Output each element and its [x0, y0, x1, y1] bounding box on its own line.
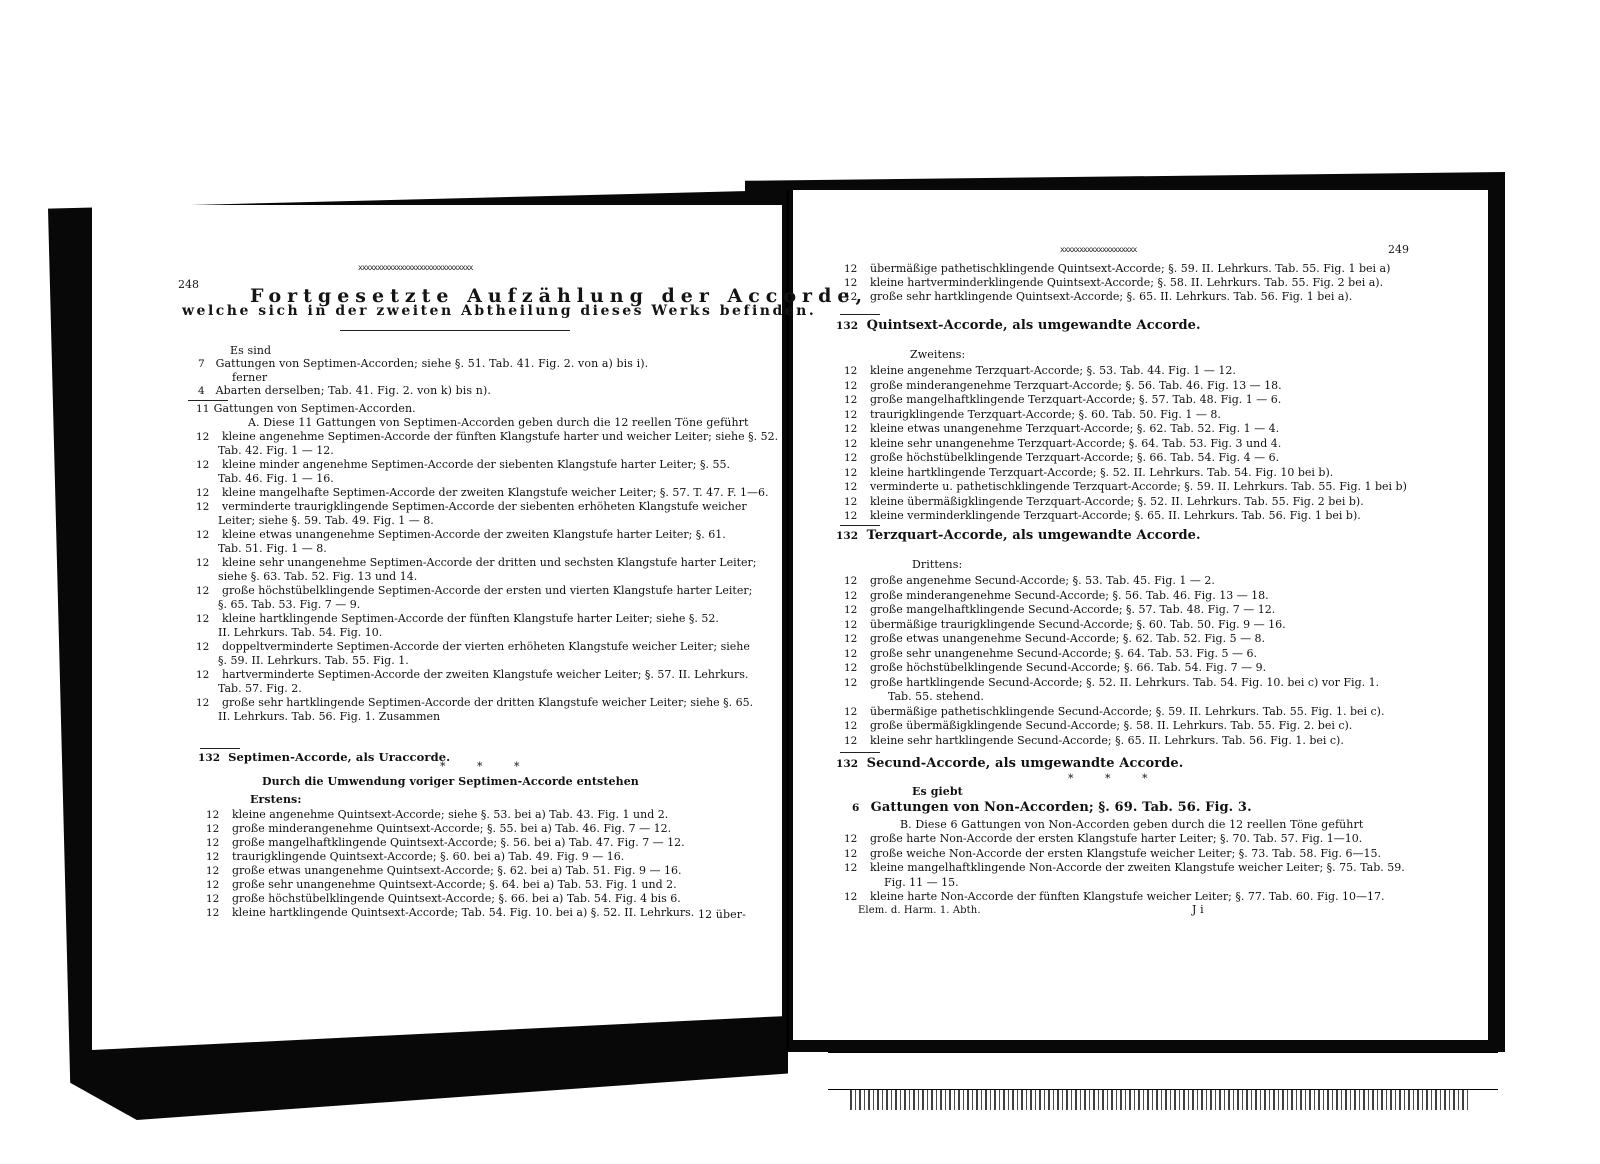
- count: 132: [836, 530, 862, 542]
- group-text: Gattungen von Septimen-Accorden.: [214, 402, 416, 415]
- entry-text: große sehr hartklingende Quintsext-Accor…: [870, 290, 1352, 303]
- list-item: 12kleine sehr hartklingende Secund-Accor…: [844, 734, 1344, 747]
- list-item-cont: II. Lehrkurs. Tab. 54. Fig. 10.: [196, 626, 382, 639]
- list-item: 12kleine mangelhafte Septimen-Accorde de…: [196, 486, 769, 499]
- entry-text: kleine sehr unangenehme Terzquart-Accord…: [870, 437, 1281, 450]
- count: 12: [196, 529, 222, 541]
- entry-text: kleine harte Non-Accorde der fünften Kla…: [870, 890, 1385, 903]
- list-item: 12große weiche Non-Accorde der ersten Kl…: [844, 847, 1381, 860]
- count: 12: [844, 291, 870, 303]
- count: 12: [206, 837, 232, 849]
- group-text: Abarten derselben; Tab. 41. Fig. 2. von …: [216, 384, 491, 397]
- list-item: 12kleine hartverminderklingende Quintsex…: [844, 276, 1383, 289]
- list-item: 12übermäßige traurigklingende Secund-Acc…: [844, 618, 1286, 631]
- count: 12: [844, 380, 870, 392]
- total-text: Secund-Accorde, als umgewandte Accorde.: [867, 756, 1184, 771]
- list-item-cont: Tab. 55. stehend.: [888, 690, 984, 703]
- entry-text: große mangelhaftklingende Secund-Accorde…: [870, 603, 1275, 616]
- ferner-text: ferner: [232, 371, 267, 384]
- list-item: 12kleine harte Non-Accorde der fünften K…: [844, 890, 1385, 903]
- count: 12: [196, 557, 222, 569]
- list-item: 12große höchstübelklingende Terzquart-Ac…: [844, 451, 1279, 464]
- sum-rule: [840, 752, 880, 753]
- count: 12: [844, 633, 870, 645]
- entry-text: große etwas unangenehme Quintsext-Accord…: [232, 864, 681, 877]
- list-item: 12kleine übermäßigklingende Terzquart-Ac…: [844, 495, 1364, 508]
- list-item: 12kleine hartklingende Quintsext-Accorde…: [206, 906, 694, 919]
- list-item: 12große mangelhaftklingende Terzquart-Ac…: [844, 393, 1281, 406]
- count: 12: [206, 865, 232, 877]
- entry-text: kleine mangelhaftklingende Non-Accorde d…: [870, 861, 1405, 874]
- count: 132: [836, 758, 862, 770]
- count: 12: [844, 438, 870, 450]
- entry-text: kleine sehr unangenehme Septimen-Accorde…: [222, 556, 757, 569]
- count: 12: [196, 613, 222, 625]
- sum-rule: [840, 314, 880, 315]
- list-item: 12große höchstübelklingende Septimen-Acc…: [196, 584, 752, 597]
- count: 12: [844, 735, 870, 747]
- page-number: 249: [1388, 243, 1409, 256]
- entry-text: große hartklingende Secund-Accorde; §. 5…: [870, 676, 1379, 689]
- non-group: 6 Gattungen von Non-Accorden; §. 69. Tab…: [852, 800, 1252, 815]
- count: 12: [844, 677, 870, 689]
- entry-cont: siehe §. 63. Tab. 52. Fig. 13 und 14.: [218, 570, 417, 583]
- header-ornament: xxxxxxxxxxxxxxxxxxxxxxxxxxxxxx: [358, 263, 473, 272]
- count: 12: [206, 851, 232, 863]
- count: 12: [844, 848, 870, 860]
- count: 12: [196, 487, 222, 499]
- list-item: 12übermäßige pathetischklingende Secund-…: [844, 705, 1384, 718]
- list-item: 12kleine verminderklingende Terzquart-Ac…: [844, 509, 1361, 522]
- section-b-heading: B. Diese 6 Gattungen von Non-Accorden ge…: [900, 818, 1363, 831]
- count: 12: [844, 720, 870, 732]
- es-giebt-text: Es giebt: [912, 785, 963, 798]
- drittens-heading: Drittens:: [912, 558, 962, 571]
- list-item: 12traurigklingende Quintsext-Accorde; §.…: [206, 850, 624, 863]
- entry-text: große harte Non-Accorde der ersten Klang…: [870, 832, 1362, 845]
- list-item-cont: Fig. 11 — 15.: [884, 876, 959, 889]
- count: 12: [844, 662, 870, 674]
- count: 12: [206, 809, 232, 821]
- entry-text: kleine verminderklingende Terzquart-Acco…: [870, 509, 1361, 522]
- count: 132: [198, 752, 224, 764]
- count: 12: [206, 907, 232, 919]
- count: 132: [836, 320, 862, 332]
- list-item: 12große etwas unangenehme Quintsext-Acco…: [206, 864, 681, 877]
- entry-cont: §. 65. Tab. 53. Fig. 7 — 9.: [218, 598, 360, 611]
- entry-text: kleine hartklingende Septimen-Accorde de…: [222, 612, 719, 625]
- list-item: 12kleine angenehme Quintsext-Accorde; si…: [206, 808, 668, 821]
- septimen-total: 132 Septimen-Accorde, als Uraccorde.: [198, 750, 450, 764]
- spine-gutter: [786, 190, 789, 1050]
- list-item-cont: Tab. 57. Fig. 2.: [196, 682, 302, 695]
- count: 12: [196, 641, 222, 653]
- entry-text: kleine hartklingende Terzquart-Accorde; …: [870, 466, 1333, 479]
- entry-text: doppeltverminderte Septimen-Accorde der …: [222, 640, 750, 653]
- count: 12: [844, 891, 870, 903]
- entry-text: traurigklingende Terzquart-Accorde; §. 6…: [870, 408, 1221, 421]
- group-text: Gattungen von Septimen-Accorden; siehe §…: [216, 357, 649, 370]
- entry-text: kleine mangelhafte Septimen-Accorde der …: [222, 486, 769, 499]
- catchword: 12 über-: [698, 908, 746, 921]
- count: 12: [844, 510, 870, 522]
- entry-text: große sehr unangenehme Quintsext-Accorde…: [232, 878, 677, 891]
- list-item: 12kleine etwas unangenehme Septimen-Acco…: [196, 528, 726, 541]
- section-stars: * * *: [1068, 772, 1162, 785]
- list-item: 12große höchstübelklingende Secund-Accor…: [844, 661, 1266, 674]
- count: 12: [844, 409, 870, 421]
- count: 12: [196, 431, 222, 443]
- count: 12: [206, 823, 232, 835]
- list-item: 12große sehr unangenehme Quintsext-Accor…: [206, 878, 677, 891]
- list-item-cont: siehe §. 63. Tab. 52. Fig. 13 und 14.: [196, 570, 417, 583]
- list-item: 12große sehr hartklingende Quintsext-Acc…: [844, 290, 1352, 303]
- secund-total: 132 Secund-Accorde, als umgewandte Accor…: [836, 756, 1183, 771]
- entry-text: kleine hartklingende Quintsext-Accorde; …: [232, 906, 694, 919]
- header-ornament: xxxxxxxxxxxxxxxxxxxx: [1060, 245, 1136, 254]
- entry-text: große mangelhaftklingende Quintsext-Acco…: [232, 836, 685, 849]
- total-text: Quintsext-Accorde, als umgewandte Accord…: [867, 318, 1201, 333]
- page-number: 248: [178, 278, 199, 291]
- entry-text: verminderte traurigklingende Septimen-Ac…: [222, 500, 747, 513]
- section-a-heading: A. Diese 11 Gattungen von Septimen-Accor…: [248, 416, 749, 429]
- list-item-cont: §. 65. Tab. 53. Fig. 7 — 9.: [196, 598, 360, 611]
- entry-cont: Tab. 57. Fig. 2.: [218, 682, 302, 695]
- list-item: 12große sehr hartklingende Septimen-Acco…: [196, 696, 753, 709]
- list-item-cont: II. Lehrkurs. Tab. 56. Fig. 1. Zusammen: [196, 710, 440, 723]
- entry-text: große übermäßigklingende Secund-Accorde;…: [870, 719, 1352, 732]
- list-item: 12große mangelhaftklingende Quintsext-Ac…: [206, 836, 685, 849]
- count: 12: [844, 590, 870, 602]
- entry-cont: II. Lehrkurs. Tab. 54. Fig. 10.: [218, 626, 382, 639]
- entry-text: große angenehme Secund-Accorde; §. 53. T…: [870, 574, 1215, 587]
- list-item: 12hartverminderte Septimen-Accorde der z…: [196, 668, 748, 681]
- count: 12: [844, 394, 870, 406]
- count: 12: [844, 423, 870, 435]
- count: 12: [844, 862, 870, 874]
- group-total: 11 Gattungen von Septimen-Accorden.: [196, 402, 416, 415]
- list-item: 12traurigklingende Terzquart-Accorde; §.…: [844, 408, 1221, 421]
- entry-text: kleine etwas unangenehme Terzquart-Accor…: [870, 422, 1279, 435]
- entry-text: große höchstübelklingende Quintsext-Acco…: [232, 892, 681, 905]
- footer-mark: J i: [1192, 903, 1204, 916]
- entry-cont: §. 59. II. Lehrkurs. Tab. 55. Fig. 1.: [218, 654, 409, 667]
- count: 12: [196, 585, 222, 597]
- quintsext-total: 132 Quintsext-Accorde, als umgewandte Ac…: [836, 318, 1201, 333]
- list-item: 12kleine hartklingende Terzquart-Accorde…: [844, 466, 1333, 479]
- count: 7: [198, 358, 212, 370]
- entry-text: große höchstübelklingende Terzquart-Acco…: [870, 451, 1279, 464]
- entry-text: große sehr hartklingende Septimen-Accord…: [222, 696, 753, 709]
- entry-text: kleine angenehme Septimen-Accorde der fü…: [222, 430, 778, 443]
- list-item: 12übermäßige pathetischklingende Quintse…: [844, 262, 1390, 275]
- count: 12: [196, 669, 222, 681]
- count: 12: [844, 833, 870, 845]
- list-item: 12große minderangenehme Quintsext-Accord…: [206, 822, 671, 835]
- list-item: 12kleine angenehme Terzquart-Accorde; §.…: [844, 364, 1236, 377]
- count: 6: [852, 802, 866, 814]
- count: 12: [844, 604, 870, 616]
- sum-rule: [840, 525, 880, 526]
- list-item: 12große hartklingende Secund-Accorde; §.…: [844, 676, 1379, 689]
- count: 12: [844, 496, 870, 508]
- entry-text: große höchstübelklingende Septimen-Accor…: [222, 584, 752, 597]
- group-line: 7 Gattungen von Septimen-Accorden; siehe…: [198, 357, 648, 370]
- entry-text: kleine angenehme Quintsext-Accorde; sieh…: [232, 808, 668, 821]
- count: 11: [196, 403, 210, 415]
- count: 4: [198, 385, 212, 397]
- list-item: 12kleine angenehme Septimen-Accorde der …: [196, 430, 778, 443]
- entry-text: verminderte u. pathetischklingende Terzq…: [870, 480, 1407, 493]
- entry-cont: Tab. 55. stehend.: [888, 690, 984, 703]
- footer-signature: Elem. d. Harm. 1. Abth.: [858, 905, 981, 916]
- entry-cont: Fig. 11 — 15.: [884, 876, 959, 889]
- count: 12: [844, 648, 870, 660]
- section-stars: * * *: [440, 760, 534, 773]
- count: 12: [196, 697, 222, 709]
- entry-cont: Tab. 46. Fig. 1 — 16.: [218, 472, 334, 485]
- entry-text: kleine sehr hartklingende Secund-Accorde…: [870, 734, 1344, 747]
- entry-text: traurigklingende Quintsext-Accorde; §. 6…: [232, 850, 624, 863]
- list-item: 12kleine mangelhaftklingende Non-Accorde…: [844, 861, 1405, 874]
- list-item: 12große harte Non-Accorde der ersten Kla…: [844, 832, 1362, 845]
- list-item: 12verminderte traurigklingende Septimen-…: [196, 500, 747, 513]
- entry-text: große höchstübelklingende Secund-Accorde…: [870, 661, 1266, 674]
- total-text: Septimen-Accorde, als Uraccorde.: [228, 750, 450, 764]
- count: 12: [844, 452, 870, 464]
- list-item: 12große höchstübelklingende Quintsext-Ac…: [206, 892, 681, 905]
- list-item-cont: Leiter; siehe §. 59. Tab. 49. Fig. 1 — 8…: [196, 514, 434, 527]
- entry-text: kleine angenehme Terzquart-Accorde; §. 5…: [870, 364, 1236, 377]
- count: 12: [196, 459, 222, 471]
- entry-text: große weiche Non-Accorde der ersten Klan…: [870, 847, 1381, 860]
- sum-rule: [188, 400, 228, 401]
- intro-text: Es sind: [230, 344, 271, 357]
- sum-rule: [200, 748, 240, 749]
- entry-text: große mangelhaftklingende Terzquart-Acco…: [870, 393, 1281, 406]
- total-text: Terzquart-Accorde, als umgewandte Accord…: [867, 528, 1201, 543]
- entry-cont: Tab. 42. Fig. 1 — 12.: [218, 444, 334, 457]
- count: 12: [844, 481, 870, 493]
- entry-text: hartverminderte Septimen-Accorde der zwe…: [222, 668, 748, 681]
- entry-text: übermäßige pathetischklingende Quintsext…: [870, 262, 1390, 275]
- list-item-cont: Tab. 51. Fig. 1 — 8.: [196, 542, 327, 555]
- entry-cont: Tab. 51. Fig. 1 — 8.: [218, 542, 327, 555]
- entry-text: übermäßige traurigklingende Secund-Accor…: [870, 618, 1286, 631]
- entry-text: große sehr unangenehme Secund-Accorde; §…: [870, 647, 1257, 660]
- entry-cont: II. Lehrkurs. Tab. 56. Fig. 1. Zusammen: [218, 710, 440, 723]
- group-line: 4 Abarten derselben; Tab. 41. Fig. 2. vo…: [198, 384, 491, 397]
- count: 12: [844, 277, 870, 289]
- list-item-cont: Tab. 42. Fig. 1 — 12.: [196, 444, 334, 457]
- entry-text: kleine übermäßigklingende Terzquart-Acco…: [870, 495, 1364, 508]
- entry-text: große minderangenehme Secund-Accorde; §.…: [870, 589, 1269, 602]
- entry-text: kleine minder angenehme Septimen-Accorde…: [222, 458, 730, 471]
- list-item: 12kleine etwas unangenehme Terzquart-Acc…: [844, 422, 1279, 435]
- terzquart-total: 132 Terzquart-Accorde, als umgewandte Ac…: [836, 528, 1201, 543]
- list-item: 12große etwas unangenehme Secund-Accorde…: [844, 632, 1265, 645]
- list-item: 12große minderangenehme Secund-Accorde; …: [844, 589, 1269, 602]
- list-item: 12doppeltverminderte Septimen-Accorde de…: [196, 640, 750, 653]
- count: 12: [844, 263, 870, 275]
- page-subtitle: welche sich in der zweiten Abtheilung di…: [182, 303, 816, 319]
- list-item-cont: Tab. 46. Fig. 1 — 16.: [196, 472, 334, 485]
- list-item: 12verminderte u. pathetischklingende Ter…: [844, 480, 1407, 493]
- count: 12: [844, 467, 870, 479]
- list-item: 12kleine minder angenehme Septimen-Accor…: [196, 458, 730, 471]
- subtitle-underline: [340, 330, 570, 331]
- entry-text: große minderangenehme Terzquart-Accorde;…: [870, 379, 1282, 392]
- list-item: 12große angenehme Secund-Accorde; §. 53.…: [844, 574, 1215, 587]
- group-text: Gattungen von Non-Accorden; §. 69. Tab. …: [871, 800, 1252, 815]
- durch-heading: Durch die Umwendung voriger Septimen-Acc…: [262, 775, 639, 788]
- entry-text: übermäßige pathetischklingende Secund-Ac…: [870, 705, 1384, 718]
- entry-text: große etwas unangenehme Secund-Accorde; …: [870, 632, 1265, 645]
- list-item: 12kleine sehr unangenehme Septimen-Accor…: [196, 556, 757, 569]
- count: 12: [206, 879, 232, 891]
- count: 12: [206, 893, 232, 905]
- count: 12: [844, 619, 870, 631]
- right-page-under-edge: [828, 1052, 1498, 1090]
- list-item: 12große sehr unangenehme Secund-Accorde;…: [844, 647, 1257, 660]
- count: 12: [196, 501, 222, 513]
- list-item: 12große minderangenehme Terzquart-Accord…: [844, 379, 1282, 392]
- entry-cont: Leiter; siehe §. 59. Tab. 49. Fig. 1 — 8…: [218, 514, 434, 527]
- erstens-heading: Erstens:: [250, 793, 302, 806]
- list-item: 12große mangelhaftklingende Secund-Accor…: [844, 603, 1275, 616]
- list-item-cont: §. 59. II. Lehrkurs. Tab. 55. Fig. 1.: [196, 654, 409, 667]
- count: 12: [844, 706, 870, 718]
- zweitens-heading: Zweitens:: [910, 348, 965, 361]
- entry-text: große minderangenehme Quintsext-Accorde;…: [232, 822, 671, 835]
- list-item: 12große übermäßigklingende Secund-Accord…: [844, 719, 1352, 732]
- list-item: 12kleine sehr unangenehme Terzquart-Acco…: [844, 437, 1281, 450]
- count: 12: [844, 365, 870, 377]
- count: 12: [844, 575, 870, 587]
- list-item: 12kleine hartklingende Septimen-Accorde …: [196, 612, 719, 625]
- entry-text: kleine hartverminderklingende Quintsext-…: [870, 276, 1383, 289]
- entry-text: kleine etwas unangenehme Septimen-Accord…: [222, 528, 726, 541]
